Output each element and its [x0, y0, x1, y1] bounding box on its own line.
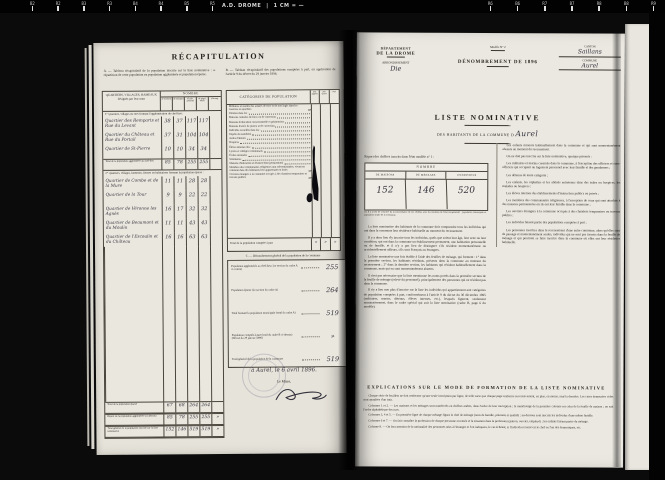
report-table: NOMBRE DE MAISONSDE MÉNAGESD'INDIVIDUS 1… — [364, 162, 488, 211]
instruction-paragraph: Il y a donc lieu d'y inscrire tous les i… — [364, 235, 486, 252]
column-header: DE MÉNAGES — [406, 172, 447, 179]
report-values: 152146520 — [365, 179, 487, 210]
tick-mark-icon — [32, 6, 34, 11]
table-a-grand-totals: Total de la population éparse 67 68 264 … — [105, 401, 223, 438]
tick-mark-icon — [83, 6, 85, 11]
table-row: Quartier de Véronne les Agnès 16 17 32 3… — [104, 204, 222, 219]
instructions-left-column: La liste nominative des habitants de la … — [364, 224, 486, 311]
ruler-tick: B4 — [133, 1, 138, 11]
tick-mark-icon — [57, 6, 59, 11]
liste-nominative-page: DÉPARTEMENT DE LA DROME ARRONDISSEMENT D… — [355, 32, 625, 467]
archival-scan: B2R2B3R3B4R4B5R5 A.D. DROME | 1 CM = — R… — [0, 0, 665, 480]
scan-border — [649, 0, 665, 480]
tick-mark-icon — [109, 6, 111, 11]
ruler-tick: B7 — [570, 1, 575, 11]
explanations-paragraphs: Chaque série de feuillets ne doit renfer… — [363, 394, 613, 432]
ruler-tick: B2 — [30, 1, 35, 11]
column-header: de maisons — [161, 97, 173, 110]
column-header: pop. agglom. — [311, 90, 320, 103]
count-row: Population comptée à part (total du cadr… — [232, 332, 344, 341]
column-header: d'étrang. — [209, 97, 221, 110]
table-row: Quartier des Remparts et Rue du Levant 3… — [103, 116, 221, 131]
instruction-paragraph: Les militaires et marins casernés dans l… — [502, 161, 620, 170]
table-a-subcolumn-headers: de maisonsde ménagesd'indiv. présentsde … — [161, 97, 221, 110]
ruler-tick: R6 — [488, 1, 493, 11]
dotted-leader — [301, 290, 319, 291]
instruction-paragraph: On ne doit pas inscrire sur la liste nom… — [502, 154, 620, 159]
table-row: Quartier du Château et Rue du Portail 37… — [103, 130, 221, 145]
table-a-population: QUARTIERS, VILLAGES, HAMEAUX désignés pa… — [102, 90, 225, 439]
ruler-tick: B8 — [624, 1, 629, 11]
tick-mark-icon — [544, 6, 546, 11]
count-row: Total formant la population municipale (… — [231, 309, 343, 318]
category-row: Ouvriers étrangers à la commune occupés … — [227, 173, 311, 181]
page-title: RÉCAPITULATION — [93, 51, 343, 62]
tick-mark-icon — [212, 6, 214, 11]
page-fold-shadow — [612, 33, 621, 467]
instruction-paragraph: Les individus faisant partie des populat… — [502, 220, 620, 225]
ruler-tick: B3 — [81, 1, 86, 11]
table-b-header: CATÉGORIES DE POPULATION — [227, 90, 311, 104]
tick-mark-icon — [135, 6, 137, 11]
dotted-leader — [301, 267, 319, 268]
column-header: D'INDIVIDUS — [447, 172, 488, 179]
table-b-total-row: Total de la population comptée à part » … — [228, 237, 340, 251]
table-a-empty-area — [104, 246, 223, 402]
dotted-leader — [308, 109, 310, 110]
instructions-right-column: Les enfants mineurs habituellement dans … — [496, 143, 620, 248]
department-block: DÉPARTEMENT DE LA DROME ARRONDISSEMENT D… — [365, 46, 427, 72]
table-row: Quartier de la Tour 9 9 22 22 — [104, 190, 222, 205]
box-c-general-count: Population agglomérée au chef-lieu (1re … — [227, 259, 347, 368]
column-header: d'indiv. présents — [185, 97, 197, 110]
tick-mark-icon — [598, 6, 600, 11]
intro-paragraph-b: B. — Tableau récapitulatif des populatio… — [226, 67, 336, 76]
dotted-leader — [284, 163, 310, 164]
list-title: LISTE NOMINATIVE — [357, 112, 619, 122]
ruler-tick: R4 — [159, 1, 164, 11]
ruler-tick: B5 — [184, 1, 189, 11]
instruction-paragraph: Il n'est pas nécessaire que la liste men… — [364, 273, 486, 286]
ruler-agency-label: A.D. DROME — [222, 3, 261, 9]
table-row: Quartier de Beaumont et du Moulin 11 11 … — [104, 218, 222, 233]
instruction-paragraph: Les élèves internes des établissements d… — [502, 191, 620, 196]
ruler-tick: R5 — [210, 1, 215, 11]
table-row: Quartier de St-Pierre 10 10 34 34 — [103, 144, 221, 159]
instruction-paragraph: Les enfants, les orphelins et les aliéné… — [502, 180, 620, 189]
tick-mark-icon — [186, 6, 188, 11]
report-value: 152 — [365, 179, 407, 210]
instruction-paragraph: Les ouvriers étrangers à la commune occu… — [502, 209, 620, 218]
total-row: Total général de la population inscrite … — [105, 425, 223, 438]
dotted-leader — [308, 178, 310, 179]
census-title: DÉNOMBREMENT DE 1896 — [455, 60, 541, 65]
ruler-caption: A.D. DROME | 1 CM = — — [222, 3, 304, 9]
ruler-tick: R3 — [107, 1, 112, 11]
report-footnote: (1) Il y a lieu de s'assurer de la conco… — [364, 211, 486, 217]
dotted-leader — [302, 336, 320, 337]
dotted-leader — [308, 171, 310, 172]
ruler-separator: | — [266, 3, 268, 9]
tick-mark-icon — [517, 6, 519, 11]
model-block: Modèle N° 2 DÉNOMBREMENT DE 1896 — [455, 45, 541, 68]
ruler-tick: R2 — [56, 1, 61, 11]
table-a-name-header: QUARTIERS, VILLAGES, HAMEAUX désignés pa… — [103, 91, 161, 110]
total-row: Total de la population éparse 67 68 264 … — [105, 401, 223, 414]
mayor-signature-icon — [272, 385, 328, 405]
recapitulation-page: RÉCAPITULATION A. — Tableau récapitulati… — [93, 41, 346, 455]
tick-mark-icon — [490, 6, 492, 11]
ruler-scale-label: 1 CM = — — [274, 3, 305, 9]
tick-mark-icon — [653, 6, 655, 11]
instruction-paragraph: Les personnes inscrites dans le recensem… — [502, 228, 620, 245]
explanation-paragraph: Colonne 8. — On fera mention de la natio… — [363, 426, 613, 431]
box-c-title: C. — Dénombrement général de la populati… — [227, 253, 339, 258]
category-row: Militaires et marins des armées de terre… — [227, 104, 311, 112]
tick-mark-icon — [626, 6, 628, 11]
explanation-paragraph: Chaque série de feuillets ne doit renfer… — [363, 394, 613, 403]
intro-paragraph-a: A. — Tableau récapitulatif de la populat… — [104, 68, 216, 77]
photo-ruler: B2R2B3R3B4R4B5R5 A.D. DROME | 1 CM = — R… — [0, 0, 665, 13]
instruction-paragraph: La liste nominative une fois établie à l… — [364, 254, 486, 271]
ruler-tick: B6 — [515, 1, 520, 11]
ruler-ticks-left: B2R2B3R3B4R4B5R5 — [30, 1, 215, 11]
book-gutter — [338, 30, 360, 470]
explanation-paragraph: Colonnes 1 et 2. — Les maisons et les mé… — [363, 404, 613, 413]
instruction-paragraph: Les membres des communautés religieuses,… — [502, 198, 620, 207]
arrondissement-value: Die — [365, 64, 427, 72]
column-header: pop. éparse — [320, 90, 329, 103]
column-header: de popul. totale — [197, 97, 209, 110]
count-row: Population éparse (2e section du cadre A… — [231, 286, 343, 295]
column-header: DE MAISONS — [365, 171, 406, 178]
dotted-leader — [302, 313, 320, 314]
report-value: 520 — [446, 179, 488, 210]
commune-handwritten: Aurel — [515, 129, 538, 138]
next-page-edge — [625, 24, 649, 470]
instruction-paragraph: Les enfants mineurs habituellement dans … — [502, 143, 620, 152]
model-number: Modèle N° 2 — [455, 45, 541, 49]
explanations-heading: EXPLICATIONS SUR LE MODE DE FORMATION DE… — [355, 384, 617, 390]
section1-total-row: Total de la population agglomérée au che… — [103, 158, 221, 171]
ruler-tick: R8 — [597, 1, 602, 11]
table-row: Quartier de l'Escoulin et du Château 16 … — [104, 232, 222, 247]
tick-mark-icon — [160, 6, 162, 11]
ruler-ticks-right: R6B6R7B7R8B8R9 — [488, 1, 656, 11]
dotted-leader — [302, 359, 320, 360]
instruction-paragraph: Les détenus de toute catégorie ; — [502, 173, 620, 178]
dotted-leader — [285, 122, 310, 123]
table-b-comptee-a-part: CATÉGORIES DE POPULATION pop. agglom. po… — [226, 89, 341, 252]
total-row: Report de la population agglomérée (ci-d… — [105, 413, 223, 426]
department-name: DE LA DROME — [365, 50, 427, 55]
column-header: de ménages — [173, 97, 185, 110]
flourish-divider — [465, 125, 511, 126]
report-value: 146 — [405, 179, 447, 210]
ruler-tick: R9 — [651, 1, 656, 11]
section2-rows: Quartier de Combe et de la Mure 11 11 28… — [103, 176, 222, 247]
instruction-paragraph: La liste nominative des habitants de la … — [364, 224, 486, 233]
report-caption: Report des chiffres inscrits dans l'état… — [364, 154, 486, 159]
count-row: Population agglomérée au chef-lieu (1re … — [231, 263, 343, 272]
tick-mark-icon — [571, 6, 573, 11]
ruler-tick: R7 — [542, 1, 547, 11]
list-subtitle: DES HABITANTS DE LA COMMUNE D Aurel — [356, 128, 618, 138]
section1-rows: Quartier des Remparts et Rue du Levant 3… — [103, 116, 221, 159]
table-row: Quartier de Combe et de la Mure 11 11 28… — [103, 176, 221, 191]
instruction-paragraph: Il n'y a lieu non plus d'inscrire sur la… — [364, 288, 486, 309]
